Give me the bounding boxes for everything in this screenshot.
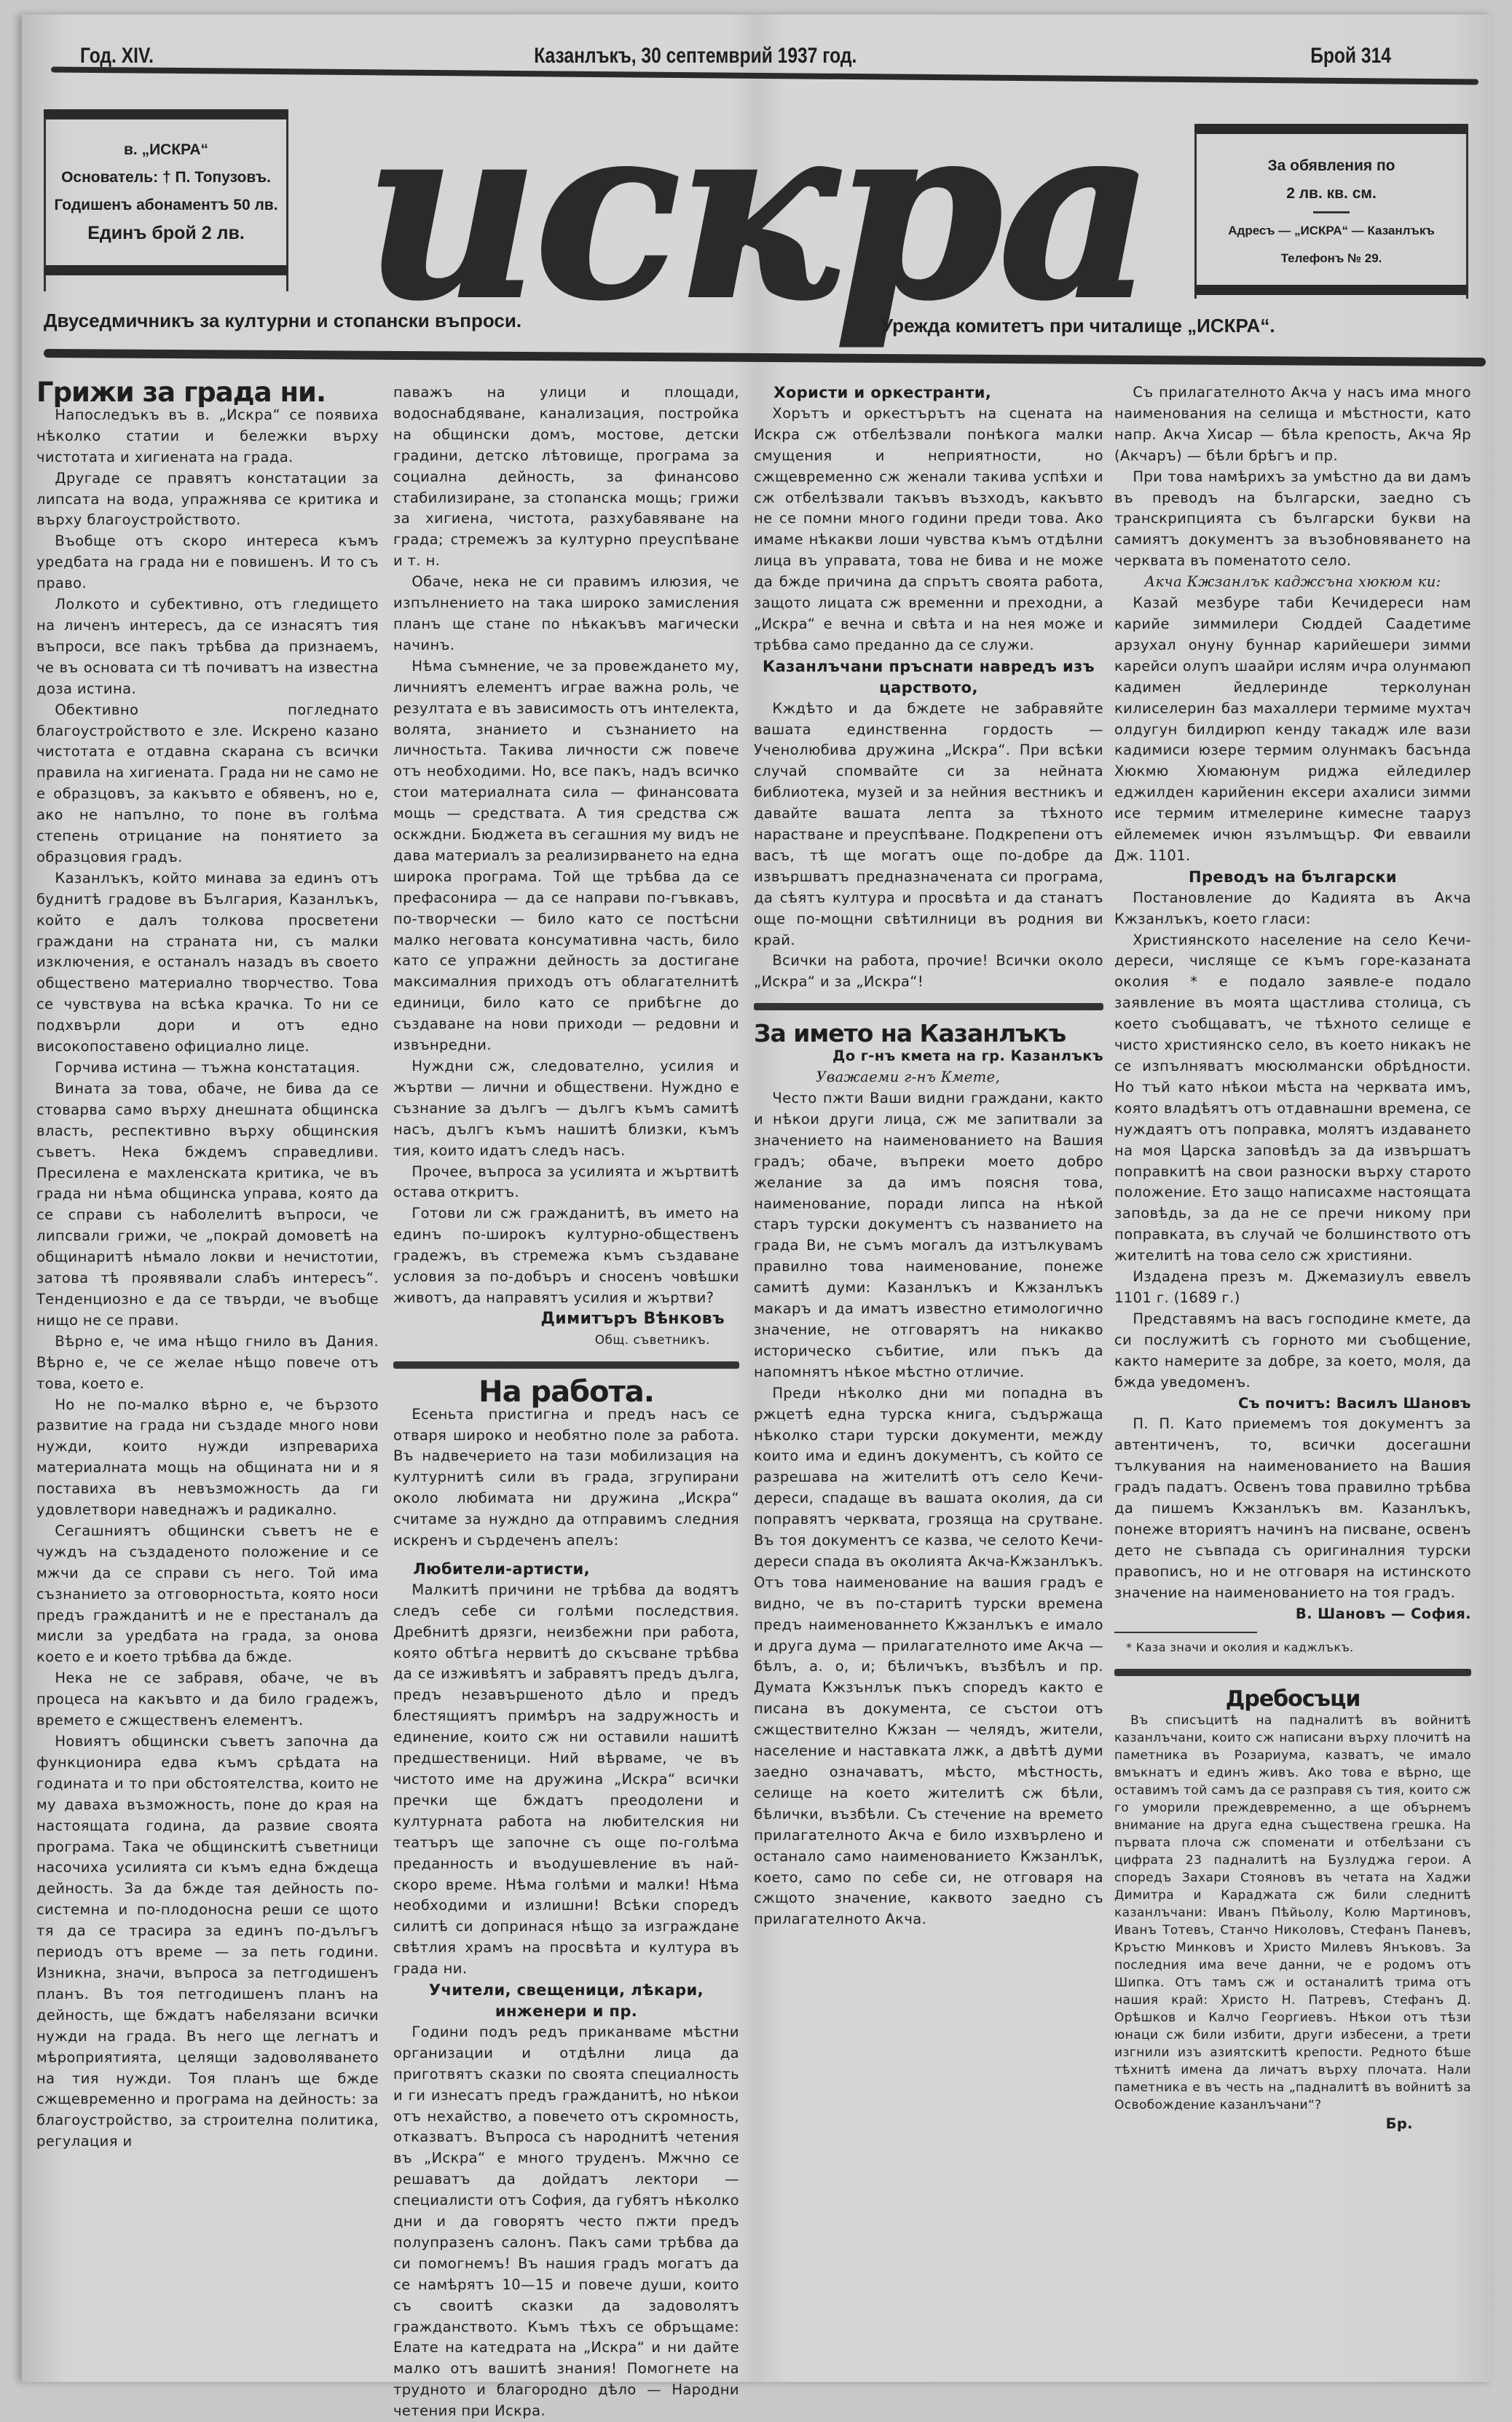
issue-number: Брой 314 (1310, 44, 1391, 68)
paragraph: Често пжти Ваши видни граждани, както и … (754, 1088, 1103, 1383)
paragraph: Вѣрно е, че има нѣщо гнило въ Дания. Вѣр… (36, 1332, 379, 1395)
paragraph: Напоследъкъ въ в. „Искра“ се появиха нѣк… (36, 405, 379, 468)
paragraph: Другаде се правятъ констатации за липсат… (36, 468, 379, 532)
addressee: До г-нъ кмета на гр. Казанлъкъ (754, 1046, 1103, 1067)
paragraph: паважъ на улици и площади, водоснабдяван… (393, 382, 739, 572)
paragraph: Постановление до Кадията въ Акча Кжзанлъ… (1114, 888, 1471, 930)
paragraph: При това намѣрихъ за умѣстно да ви дамъ … (1114, 467, 1471, 573)
ad-rate-line: За обявления по (1197, 156, 1466, 176)
paragraph: Нѣма съмнение, че за провеждането му, ли… (393, 656, 739, 1056)
turkish-heading-text: Акча Кжзанлък каджсъна хюкюм ки: (1144, 573, 1441, 590)
paragraph: Есеньта пристигна и предъ насъ се отваря… (393, 1404, 739, 1552)
box-line: в. „ИСКРА“ (46, 140, 286, 160)
column-2: паважъ на улици и площади, водоснабдяван… (393, 382, 739, 2388)
paragraph: Казанлъкъ, който минава за единъ отъ буд… (36, 868, 379, 1058)
advertising-box: За обявления по 2 лв. кв. см. Адресъ — „… (1194, 124, 1468, 299)
phone: Телефонъ № 29. (1197, 248, 1466, 269)
section-heading: Хористи и оркестранти, (754, 382, 1103, 404)
column-1: Грижи за града ни. Напоследъкъ въ в. „Ис… (36, 382, 379, 2152)
paragraph: Малкитѣ причини не трѣбва да водятъ след… (393, 1580, 739, 1980)
paragraph: Казай мезбуре таби Кечидереси нам карийе… (1114, 593, 1471, 867)
paragraph: Готови ли сж гражданитѣ, въ името на еди… (393, 1203, 739, 1309)
paragraph: Години подъ редъ приканваме мѣстни орган… (393, 2022, 739, 2388)
ad-rate-price: 2 лв. кв. см. (1197, 184, 1466, 204)
section-heading: Казанлъчани пръснати навредъ изъ царство… (754, 656, 1103, 699)
paragraph: П. П. Като приемемъ тоя документъ за авт… (1114, 1414, 1471, 1603)
place-date: Казанлъкъ, 30 септемврий 1937 год. (534, 44, 857, 68)
paragraph: Обективно погледнато благоустройството е… (36, 700, 379, 868)
subscription-price: Годишенъ абонаментъ 50 лв. (46, 195, 286, 216)
address: Адресъ — „ИСКРА“ — Казанлъкъ (1197, 221, 1466, 241)
paragraph: Издадена презъ м. Джемазиулъ еввелъ 1101… (1114, 1267, 1471, 1309)
section-heading: Учители, свещеници, лѣкари, инженери и п… (393, 1980, 739, 2022)
paragraph: Въ списъцитѣ на падналитѣ въ войнитѣ каз… (1114, 1712, 1471, 2114)
paragraph: Но не по-малко вѣрно е, че бързото разви… (36, 1395, 379, 1521)
paragraph: Сегашниятъ общински съветъ не е чуждъ на… (36, 1521, 379, 1668)
subtitle-right: Урежда комитетъ при читалище „ИСКРА“. (881, 315, 1275, 337)
article-title: Грижи за града ни. (36, 382, 379, 404)
turkish-heading: Акча Кжзанлък каджсъна хюкюм ки: (1114, 572, 1471, 593)
subscription-box: в. „ИСКРА“ Основатель: † П. Топузовъ. Го… (44, 109, 288, 291)
newspaper-page: Год. XIV. Казанлъкъ, 30 септемврий 1937 … (22, 15, 1493, 2382)
paragraph: Преди нѣколко дни ми попадна въ ржцетѣ е… (754, 1383, 1103, 1931)
footnote-rule (1114, 1632, 1257, 1633)
column-4: Съ прилагателното Акча у насъ има много … (1114, 382, 1471, 2135)
paragraph: Кждѣто и да бждете не забравяйте вашата … (754, 699, 1103, 951)
paragraph: Новиятъ общински съветъ започна да функц… (36, 1731, 379, 2152)
divider (393, 1361, 739, 1369)
article-title: Дребосъци (1114, 1689, 1471, 1710)
salutation: Уважаеми г-нъ Кмете, (754, 1067, 1103, 1088)
single-issue-price: Единъ брой 2 лв. (46, 223, 286, 243)
paragraph: Прочее, въпроса за усилията и жъртвитѣ о… (393, 1162, 739, 1204)
paragraph: Лолкото и субективно, отъ гледището на л… (36, 594, 379, 700)
signature: В. Шановъ — София. (1114, 1604, 1471, 1625)
year-label: Год. XIV. (80, 44, 154, 68)
paragraph: Нуждни сж, следователно, усилия и жъртви… (393, 1056, 739, 1162)
section-heading: Преводъ на български (1114, 867, 1471, 888)
signature: Съ почитъ: Василъ Шановъ (1114, 1393, 1471, 1415)
section-heading: Любители-артисти, (393, 1559, 739, 1580)
paragraph: Обаче, нека не си правимъ илюзия, че изп… (393, 572, 739, 656)
paragraph: Съ прилагателното Акча у насъ има много … (1114, 382, 1471, 467)
paragraph: Всички на работа, прочие! Всички около „… (754, 951, 1103, 993)
paragraph: Горчива истина — тъжна констатация. (36, 1058, 379, 1079)
paragraph: Хорътъ и оркестърътъ на сцената на Искра… (754, 404, 1103, 656)
divider (1114, 1669, 1471, 1676)
paragraph: Вината за това, обаче, не бива да се сто… (36, 1079, 379, 1332)
paragraph: Християнското население на село Кечи-дер… (1114, 930, 1471, 1267)
founder: Основатель: † П. Топузовъ. (46, 168, 286, 188)
paragraph: Представямъ на васъ господине кмете, да … (1114, 1309, 1471, 1393)
salutation-text: Уважаеми г-нъ Кмете, (816, 1069, 1000, 1085)
signature: Бр. (1114, 2114, 1471, 2135)
article-title: За името на Казанлъкъ (754, 1023, 1103, 1045)
author-name: Димитъръ Вѣнковъ (393, 1309, 739, 1330)
subtitle-left: Двуседмичникъ за културни и стопански въ… (44, 310, 521, 332)
author-title: Общ. съветникъ. (393, 1330, 739, 1351)
paragraph: Нека не се забравя, обаче, че въ процеса… (36, 1668, 379, 1731)
footnote: * Каза значи и околия и каджлъкъ. (1114, 1637, 1471, 1659)
article-title: На работа. (393, 1382, 739, 1403)
divider (754, 1003, 1103, 1010)
paragraph: Въобще отъ скоро интереса къмъ уредбата … (36, 531, 379, 594)
column-3: Хористи и оркестранти, Хорътъ и оркестър… (754, 382, 1103, 1930)
